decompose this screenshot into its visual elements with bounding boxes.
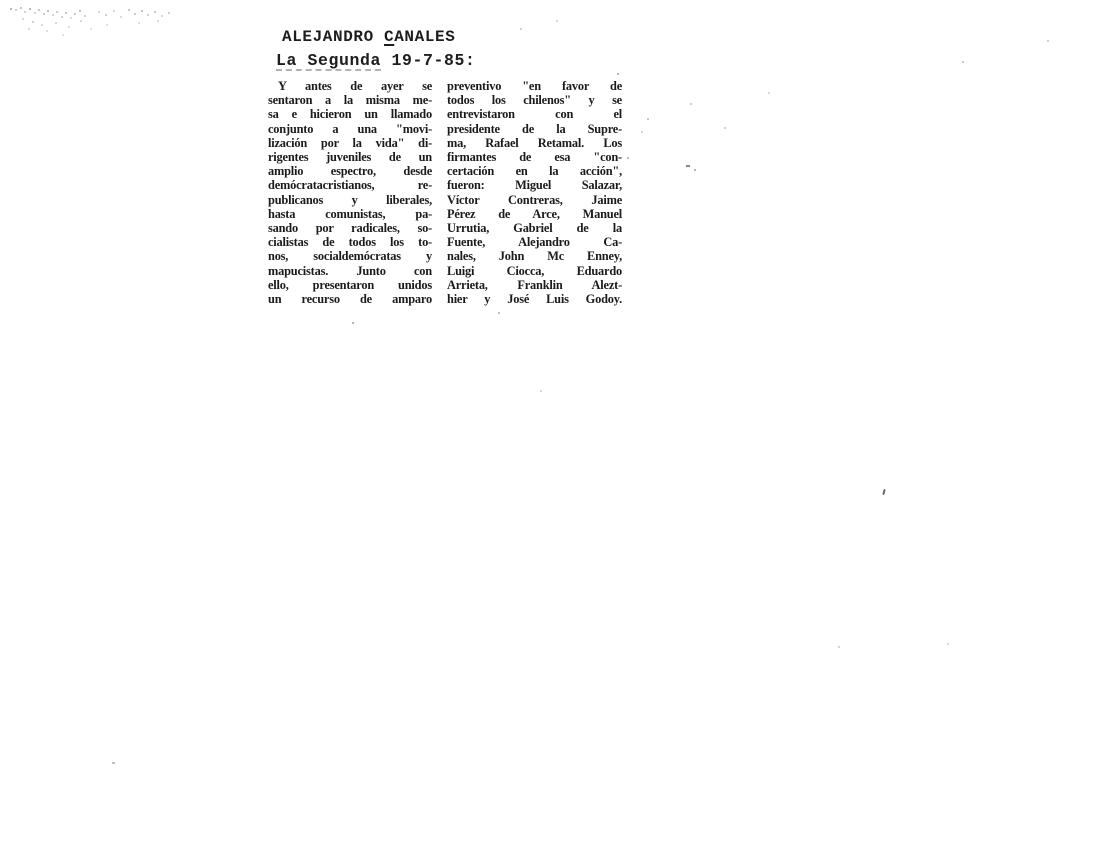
scan-speck	[686, 165, 690, 167]
scan-speck	[641, 131, 643, 133]
scan-speck	[947, 643, 949, 645]
scan-speck	[690, 103, 692, 105]
scan-speck	[498, 312, 500, 314]
scan-speck	[540, 390, 542, 392]
scan-speck	[556, 20, 558, 22]
source-date: 19-7-85:	[381, 51, 476, 70]
scan-speck	[724, 127, 726, 129]
scan-speck	[1047, 40, 1049, 42]
source-date-heading: La Segunda 19-7-85:	[276, 52, 622, 70]
scan-speck	[768, 92, 770, 94]
scan-speck	[627, 157, 629, 159]
scan-speck	[112, 762, 115, 764]
article-column-left: Y antes de ayer se sentaron a la misma m…	[268, 79, 432, 306]
scan-speck	[882, 489, 885, 495]
scan-speck	[962, 61, 964, 63]
scanned-page: ALEJANDRO CANALES La Segunda 19-7-85: Y …	[0, 0, 1100, 850]
scan-speck	[352, 322, 354, 324]
scan-noise-cluster	[10, 8, 12, 10]
scan-speck	[647, 118, 649, 120]
article-column-right: preventivo "en favor de todos los chilen…	[447, 79, 622, 306]
newspaper-clipping: ALEJANDRO CANALES La Segunda 19-7-85: Y …	[268, 29, 622, 306]
person-name-prefix: ALEJANDRO	[282, 28, 384, 46]
person-name-suffix: ANALES	[394, 28, 455, 46]
scan-speck	[694, 169, 696, 171]
person-name-underlined-letter: C	[384, 28, 394, 46]
article-body: Y antes de ayer se sentaron a la misma m…	[268, 79, 622, 306]
source-name: La Segunda	[276, 51, 381, 70]
person-name-heading: ALEJANDRO CANALES	[282, 29, 622, 46]
scan-speck	[838, 646, 840, 648]
